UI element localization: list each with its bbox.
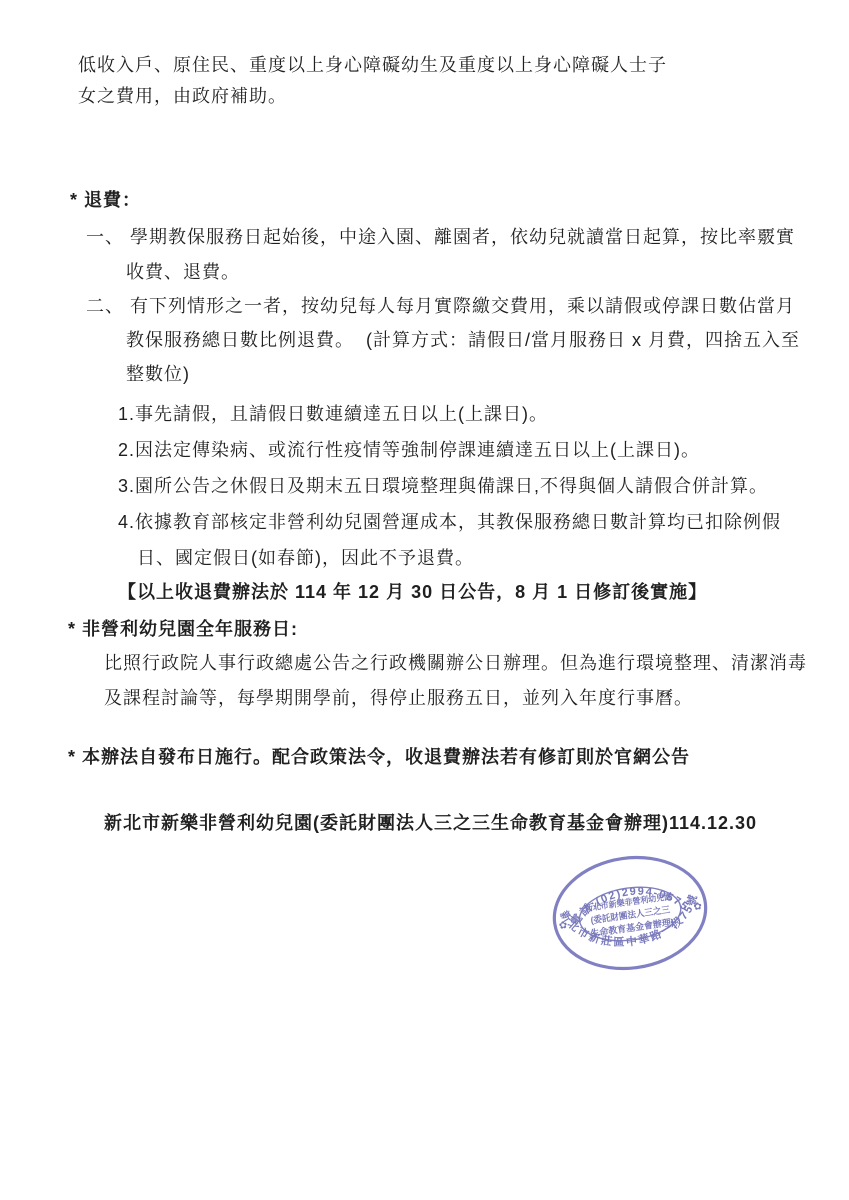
effective-note: * 本辦法自發布日施行。配合政策法令，收退費辦法若有修訂則於官網公告 bbox=[68, 747, 690, 768]
service-line-2: 及課程討論等，每學期開學前，得停止服務五日，並列入年度行事曆。 bbox=[104, 688, 693, 709]
refund-subitem-4-line-2: 日、國定假日(如春節)，因此不予退費。 bbox=[137, 548, 474, 569]
service-heading: * 非營利幼兒園全年服務日: bbox=[68, 619, 298, 640]
stamp-flower-left-icon: ✿ bbox=[558, 920, 568, 932]
stamp-flower-right-icon: ✿ bbox=[693, 901, 703, 913]
refund-item1-line-2: 收費、退費。 bbox=[126, 262, 240, 283]
footer-org-line: 新北市新樂非營利幼兒園(委託財團法人三之三生命教育基金會辦理)114.12.30 bbox=[104, 813, 757, 834]
service-line-1: 比照行政院人事行政總處公告之行政機關辦公日辦理。但為進行環境整理、清潔消毒 bbox=[104, 653, 807, 674]
document-page: 低收入戶、原住民、重度以上身心障礙幼生及重度以上身心障礙人士子 女之費用，由政府… bbox=[0, 0, 849, 1200]
refund-subitem-2: 2.因法定傳染病、或流行性疫情等強制停課連續達五日以上(上課日)。 bbox=[118, 440, 700, 461]
refund-item1-line-1: 一、 學期教保服務日起始後，中途入園、離園者，依幼兒就讀當日起算，按比率覈實 bbox=[86, 227, 795, 248]
refund-announcement: 【以上收退費辦法於 114 年 12 月 30 日公告，8 月 1 日修訂後實施… bbox=[118, 582, 707, 603]
refund-subitem-1: 1.事先請假，且請假日數連續達五日以上(上課日)。 bbox=[118, 404, 548, 425]
refund-item2-line-2: 教保服務總日數比例退費。 (計算方式：請假日/當月服務日 x 月費，四捨五入至 bbox=[126, 330, 800, 351]
refund-subitem-4-line-1: 4.依據教育部核定非營利幼兒園營運成本，其教保服務總日數計算均已扣除例假 bbox=[118, 512, 781, 533]
official-stamp: 電話:(02)2994-0575 新北市新樂非營利幼兒園 (委託財團法人三之三 … bbox=[535, 838, 725, 988]
refund-item2-line-1: 二、 有下列情形之一者，按幼兒每人每月實際繳交費用，乘以請假或停課日數佔當月 bbox=[86, 296, 795, 317]
refund-heading: * 退費： bbox=[70, 190, 141, 211]
refund-subitem-3: 3.園所公告之休假日及期末五日環境整理與備課日,不得與個人請假合併計算。 bbox=[118, 476, 768, 497]
intro-line-2: 女之費用，由政府補助。 bbox=[78, 86, 287, 107]
intro-line-1: 低收入戶、原住民、重度以上身心障礙幼生及重度以上身心障礙人士子 bbox=[78, 55, 667, 76]
refund-item2-line-3: 整數位) bbox=[126, 364, 190, 385]
